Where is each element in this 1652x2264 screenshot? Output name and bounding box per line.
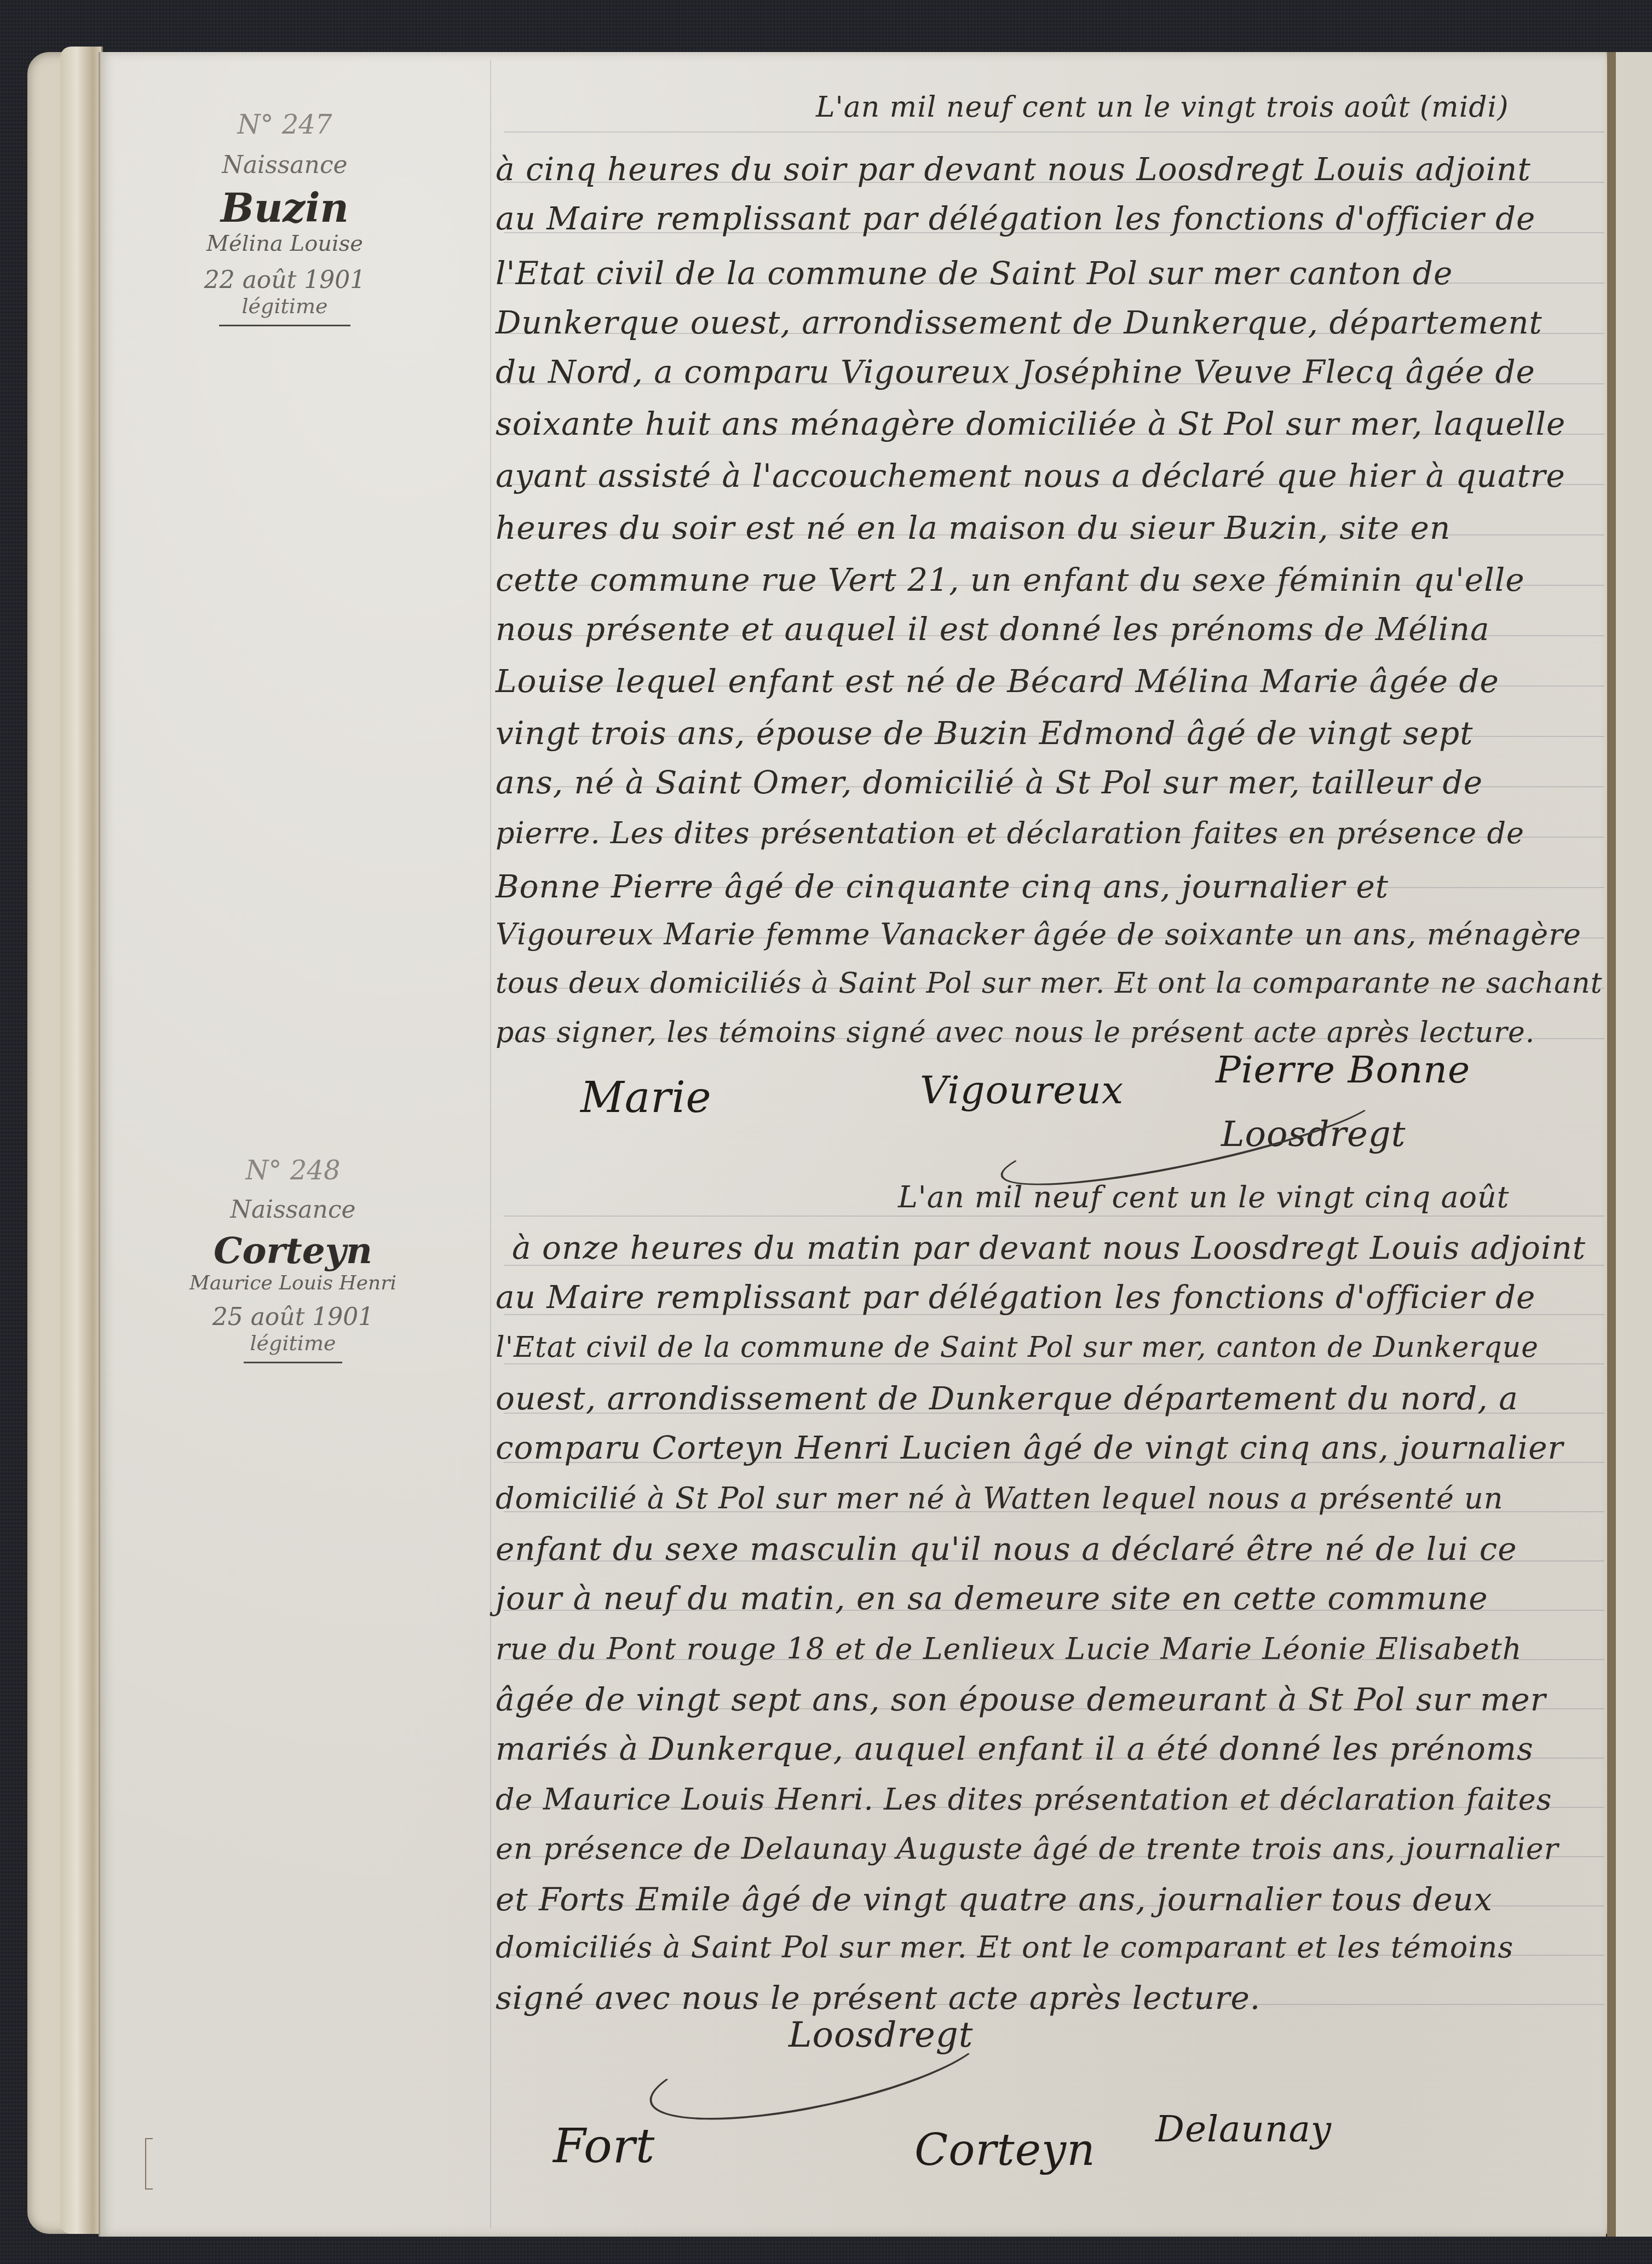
act-line: domicilié à St Pol sur mer né à Watten l…: [496, 1484, 1504, 1513]
signature-corteyn: Corteyn: [914, 2124, 1096, 2175]
act-line: à onze heures du matin par devant nous L…: [512, 1232, 1586, 1264]
ruled-line: [504, 131, 1604, 133]
act-line: jour à neuf du matin, en sa demeure site…: [496, 1582, 1488, 1614]
act-line: tous deux domiciliés à Saint Pol sur mer…: [496, 969, 1603, 998]
act-line: ans, né à Saint Omer, domicilié à St Pol…: [496, 767, 1483, 798]
act-line: à cinq heures du soir par devant nous Lo…: [496, 153, 1531, 185]
act-line: de Maurice Louis Henri. Les dites présen…: [496, 1785, 1552, 1814]
act-line: soixante huit ans ménagère domiciliée à …: [496, 408, 1565, 440]
act-line: signé avec nous le présent acte après le…: [496, 1982, 1260, 2014]
act-line: Dunkerque ouest, arrondissement de Dunke…: [496, 307, 1542, 338]
signature-marie: Marie: [580, 1073, 712, 1122]
act-line: du Nord, a comparu Vigoureux Joséphine V…: [496, 356, 1535, 388]
signature-vigoureux: Vigoureux: [920, 1068, 1124, 1113]
facing-page-edge: [1607, 52, 1652, 2237]
signature-pierre-bonne: Pierre Bonne: [1216, 1049, 1470, 1092]
act-line: heures du soir est né en la maison du si…: [496, 512, 1450, 544]
act-line: domiciliés à Saint Pol sur mer. Et ont l…: [496, 1933, 1513, 1962]
legitimacy-status: légitime: [181, 294, 389, 318]
child-surname: Corteyn: [170, 1229, 416, 1272]
legitimacy-status: légitime: [170, 1331, 416, 1355]
signature-delaunay: Delaunay: [1155, 2108, 1332, 2150]
ruled-line: [504, 1215, 1604, 1217]
act-line: rue du Pont rouge 18 et de Lenlieux Luci…: [496, 1634, 1522, 1664]
child-given-names: Maurice Louis Henri: [170, 1272, 416, 1294]
act-line: mariés à Dunkerque, auquel enfant il a é…: [496, 1733, 1534, 1765]
act-line: cette commune rue Vert 21, un enfant du …: [496, 564, 1525, 596]
act-type: Naissance: [181, 151, 389, 179]
act-line: l'Etat civil de la commune de Saint Pol …: [496, 257, 1453, 289]
act-line: âgée de vingt sept ans, son épouse demeu…: [496, 1684, 1546, 1715]
act-type: Naissance: [170, 1196, 416, 1224]
act-line: ouest, arrondissement de Dunkerque dépar…: [496, 1382, 1518, 1414]
margin-underline: [244, 1362, 342, 1363]
act-line: L'an mil neuf cent un le vingt trois aoû…: [816, 93, 1509, 122]
act-line: au Maire remplissant par délégation les …: [496, 203, 1535, 234]
act-line: l'Etat civil de la commune de Saint Pol …: [496, 1333, 1539, 1362]
act-line: L'an mil neuf cent un le vingt cinq août: [898, 1183, 1510, 1212]
act-line: pierre. Les dites présentation et déclar…: [496, 819, 1524, 848]
act-line: Vigoureux Marie femme Vanacker âgée de s…: [496, 920, 1581, 949]
signature-fort: Fort: [553, 2119, 655, 2174]
birth-date: 25 août 1901: [170, 1303, 416, 1331]
act-line: comparu Corteyn Henri Lucien âgé de ving…: [496, 1432, 1563, 1464]
act-line: et Forts Emile âgé de vingt quatre ans, …: [496, 1883, 1493, 1915]
margin-note-entry-248: N° 248 Naissance Corteyn Maurice Louis H…: [170, 1155, 416, 1363]
margin-rule: [490, 60, 491, 2228]
birth-date: 22 août 1901: [181, 266, 389, 294]
act-line: Bonne Pierre âgé de cinquante cinq ans, …: [496, 871, 1389, 902]
act-number: N° 247: [181, 110, 389, 140]
child-surname: Buzin: [181, 185, 389, 231]
act-line: enfant du sexe masculin qu'il nous a déc…: [496, 1533, 1517, 1565]
margin-note-entry-247: N° 247 Naissance Buzin Mélina Louise 22 …: [181, 110, 389, 326]
act-line: pas signer, les témoins signé avec nous …: [496, 1018, 1535, 1047]
child-given-names: Mélina Louise: [181, 231, 389, 256]
act-line: ayant assisté à l'accouchement nous a dé…: [496, 460, 1565, 492]
act-line: Louise lequel enfant est né de Bécard Mé…: [496, 665, 1499, 697]
act-line: nous présente et auquel il est donné les…: [496, 613, 1490, 645]
page-edges: [60, 47, 103, 2234]
margin-underline: [219, 325, 350, 326]
act-line: vingt trois ans, épouse de Buzin Edmond …: [496, 717, 1473, 749]
act-line: au Maire remplissant par délégation les …: [496, 1281, 1535, 1313]
act-number: N° 248: [170, 1155, 416, 1186]
page-tab: [145, 2138, 153, 2190]
act-line: en présence de Delaunay Auguste âgé de t…: [496, 1834, 1559, 1864]
